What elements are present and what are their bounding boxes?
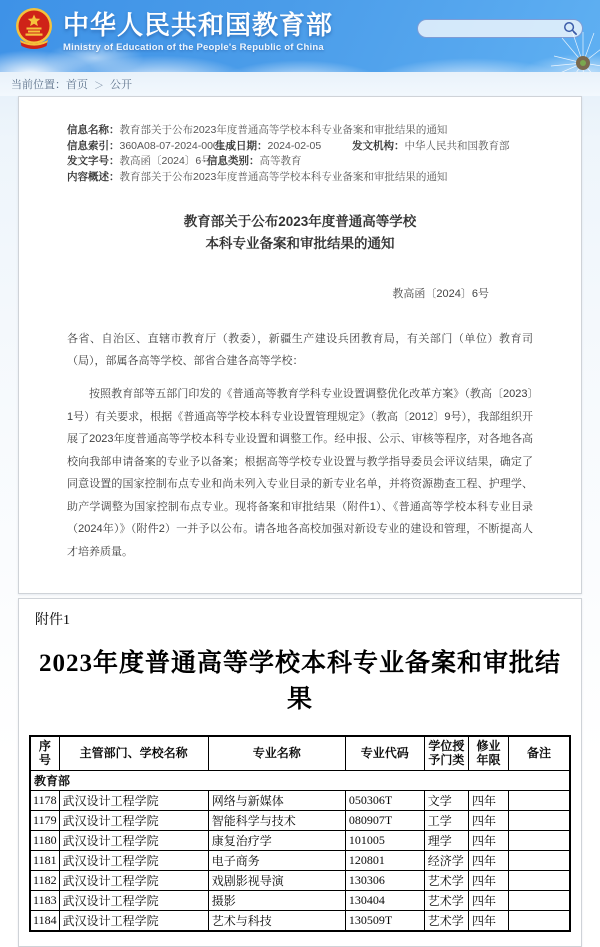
table-cell: 1180 [30, 830, 59, 850]
col-header-years: 修业年限 [468, 736, 508, 770]
table-cell: 1178 [30, 790, 59, 810]
site-banner: 中华人民共和国教育部 Ministry of Education of the … [0, 0, 600, 72]
info-summary-label: 内容概述： [67, 170, 120, 186]
table-cell: 网络与新媒体 [208, 790, 345, 810]
info-docno-label: 发文字号： [67, 155, 120, 167]
notice-title-line1: 教育部关于公布2023年度普通高等学校 [67, 211, 533, 233]
table-cell: 四年 [468, 910, 508, 931]
table-cell [508, 870, 570, 890]
site-subtitle: Ministry of Education of the People's Re… [63, 42, 333, 53]
table-cell: 武汉设计工程学院 [59, 790, 208, 810]
table-cell [508, 830, 570, 850]
table-cell: 130404 [345, 890, 424, 910]
search-input[interactable] [411, 20, 563, 37]
table-cell: 电子商务 [208, 850, 345, 870]
table-cell: 四年 [468, 870, 508, 890]
breadcrumb-open-link[interactable]: 公开 [110, 76, 132, 92]
table-cell: 工学 [424, 810, 468, 830]
table-cell: 戏剧影视导演 [208, 870, 345, 890]
table-cell: 武汉设计工程学院 [59, 890, 208, 910]
table-cell: 武汉设计工程学院 [59, 810, 208, 830]
table-cell [508, 910, 570, 931]
table-cell: 智能科学与技术 [208, 810, 345, 830]
table-cell: 1183 [30, 890, 59, 910]
col-header-major: 专业名称 [208, 736, 345, 770]
info-docno-value: 教高函〔2024〕6号 [120, 155, 212, 167]
table-cell: 050306T [345, 790, 424, 810]
document-meta: 信息名称： 教育部关于公布2023年度普通高等学校本科专业备案和审批结果的通知 … [67, 123, 533, 185]
info-index-label: 信息索引： [67, 140, 120, 152]
document-panel: 信息名称： 教育部关于公布2023年度普通高等学校本科专业备案和审批结果的通知 … [18, 96, 582, 594]
attachment-label: 附件1 [28, 609, 572, 629]
attachment-panel: 附件1 2023年度普通高等学校本科专业备案和审批结果 序号 主管部门、学校名称… [18, 598, 582, 947]
table-cell: 艺术学 [424, 890, 468, 910]
info-agency-label: 发文机构： [352, 140, 405, 152]
table-cell: 理学 [424, 830, 468, 850]
dandelion-icon [548, 28, 600, 72]
table-cell [508, 890, 570, 910]
col-header-note: 备注 [508, 736, 570, 770]
info-agency-value: 中华人民共和国教育部 [405, 140, 510, 152]
table-cell: 1184 [30, 910, 59, 931]
results-table-group-row: 教育部 [30, 770, 570, 790]
table-cell: 130306 [345, 870, 424, 890]
info-date-value: 2024-02-05 [268, 140, 322, 152]
table-cell: 经济学 [424, 850, 468, 870]
table-cell: 1179 [30, 810, 59, 830]
table-cell: 101005 [345, 830, 424, 850]
table-cell [508, 810, 570, 830]
table-cell: 武汉设计工程学院 [59, 910, 208, 931]
results-table-body: 1178武汉设计工程学院网络与新媒体050306T文学四年1179武汉设计工程学… [30, 790, 570, 931]
notice-salutation: 各省、自治区、直辖市教育厅（教委），新疆生产建设兵团教育局，有关部门（单位）教育… [67, 328, 533, 372]
breadcrumb-home-link[interactable]: 首页 [66, 76, 88, 92]
national-emblem-icon [14, 7, 54, 53]
group-header: 教育部 [30, 770, 570, 790]
notice-doc-number: 教高函〔2024〕6号 [67, 285, 533, 301]
table-row: 1183武汉设计工程学院摄影130404艺术学四年 [30, 890, 570, 910]
table-cell: 四年 [468, 790, 508, 810]
col-header-index: 序号 [30, 736, 59, 770]
info-name-value: 教育部关于公布2023年度普通高等学校本科专业备案和审批结果的通知 [120, 123, 448, 139]
col-header-school: 主管部门、学校名称 [59, 736, 208, 770]
table-cell: 艺术学 [424, 910, 468, 931]
table-cell: 康复治疗学 [208, 830, 345, 850]
table-cell: 文学 [424, 790, 468, 810]
table-cell: 120801 [345, 850, 424, 870]
table-cell: 130509T [345, 910, 424, 931]
notice-title: 教育部关于公布2023年度普通高等学校 本科专业备案和审批结果的通知 [67, 211, 533, 255]
breadcrumb: 当前位置： 首页 ＞ 公开 [0, 72, 600, 96]
info-date-label: 生成日期： [215, 140, 268, 152]
table-cell: 摄影 [208, 890, 345, 910]
attachment-title: 2023年度普通高等学校本科专业备案和审批结果 [28, 643, 572, 715]
table-cell: 艺术与科技 [208, 910, 345, 931]
table-cell: 武汉设计工程学院 [59, 850, 208, 870]
results-table: 序号 主管部门、学校名称 专业名称 专业代码 学位授予门类 修业年限 备注 教育… [29, 735, 571, 932]
col-header-degree: 学位授予门类 [424, 736, 468, 770]
table-cell: 1182 [30, 870, 59, 890]
table-cell: 四年 [468, 890, 508, 910]
notice-title-line2: 本科专业备案和审批结果的通知 [67, 233, 533, 255]
table-cell: 080907T [345, 810, 424, 830]
table-cell: 四年 [468, 810, 508, 830]
table-cell: 艺术学 [424, 870, 468, 890]
site-title: 中华人民共和国教育部 [63, 10, 333, 40]
info-summary-value: 教育部关于公布2023年度普通高等学校本科专业备案和审批结果的通知 [120, 170, 448, 186]
table-cell [508, 850, 570, 870]
breadcrumb-separator: ＞ [94, 77, 104, 92]
table-row: 1182武汉设计工程学院戏剧影视导演130306艺术学四年 [30, 870, 570, 890]
site-brand[interactable]: 中华人民共和国教育部 Ministry of Education of the … [14, 7, 333, 53]
info-category-label: 信息类别： [207, 155, 260, 167]
table-cell: 武汉设计工程学院 [59, 830, 208, 850]
table-row: 1181武汉设计工程学院电子商务120801经济学四年 [30, 850, 570, 870]
info-name-label: 信息名称： [67, 123, 120, 139]
table-cell: 四年 [468, 850, 508, 870]
table-cell: 武汉设计工程学院 [59, 870, 208, 890]
notice-body: 按照教育部等五部门印发的《普通高等教育学科专业设置调整优化改革方案》（教高〔20… [67, 383, 533, 563]
col-header-code: 专业代码 [345, 736, 424, 770]
table-row: 1180武汉设计工程学院康复治疗学101005理学四年 [30, 830, 570, 850]
table-cell [508, 790, 570, 810]
table-row: 1184武汉设计工程学院艺术与科技130509T艺术学四年 [30, 910, 570, 931]
table-row: 1178武汉设计工程学院网络与新媒体050306T文学四年 [30, 790, 570, 810]
table-cell: 1181 [30, 850, 59, 870]
info-category-value: 高等教育 [260, 155, 302, 167]
table-row: 1179武汉设计工程学院智能科学与技术080907T工学四年 [30, 810, 570, 830]
table-cell: 四年 [468, 830, 508, 850]
breadcrumb-label: 当前位置： [11, 76, 66, 92]
results-table-header-row: 序号 主管部门、学校名称 专业名称 专业代码 学位授予门类 修业年限 备注 [30, 736, 570, 770]
